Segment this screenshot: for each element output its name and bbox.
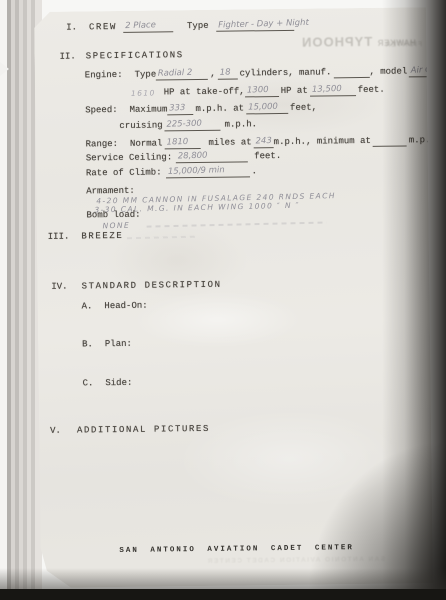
engine-comma: ,: [210, 69, 216, 80]
speed-max-handwritten: 333: [169, 103, 186, 114]
range-min-blank: [373, 134, 407, 146]
description-item-head-on: A. Head-On:: [82, 301, 148, 313]
engine-type-handwritten: Radial 2: [158, 68, 193, 80]
hp-at-label: HP at: [281, 86, 308, 97]
item-letter: C.: [82, 378, 93, 389]
speed-alt-blank: 15,000: [246, 102, 288, 115]
climb-handwritten: 15,000/9 min: [167, 165, 224, 178]
engine-label: Engine:: [85, 70, 123, 81]
horsepower-line: 1610 HP at take-off, 1300 HP at 13,500 f…: [131, 84, 385, 99]
crew-value-handwritten: 2 Place: [125, 20, 156, 32]
additional-pictures-title: ADDITIONAL PICTURES: [77, 424, 210, 437]
cruising-label: cruising: [119, 120, 162, 132]
document-page: HAWKER TYPHOON FIGHTER SAN ANTONIO AVIAT…: [34, 7, 433, 588]
crew-type-blank: Fighter - Day + Night: [217, 19, 295, 32]
hp-feet-label: feet.: [358, 85, 385, 96]
engine-type-blank: Radial 2: [156, 68, 208, 81]
climb-line: Rate of Climb: 15,000/9 min .: [86, 165, 257, 179]
ceiling-handwritten: 28,800: [178, 151, 208, 163]
ceiling-blank: 28,800: [176, 150, 248, 163]
description-item-side: C. Side:: [82, 378, 132, 390]
engine-manuf-blank: [333, 66, 369, 78]
engine-type-label: Type: [135, 70, 157, 81]
rated-hp-handwritten: 1300: [247, 85, 269, 97]
range-label: Range:: [86, 139, 119, 150]
bleedthrough-model-text: TYPHOON: [301, 34, 372, 50]
climb-blank: 15,000/9 min: [166, 165, 250, 178]
ceiling-label: Service Ceiling:: [86, 152, 173, 164]
item-label: Head-On:: [104, 301, 147, 313]
item-label: Side:: [105, 378, 132, 389]
specifications-title: SPECIFICATIONS: [86, 50, 184, 62]
specifications-numeral: II.: [59, 51, 75, 62]
range-speed-blank: 243: [254, 136, 274, 148]
range-line: Range: Normal 1810 miles at 243 m.p.h., …: [86, 134, 433, 150]
footer-stamp: SAN ANTONIO AVIATION CADET CENTER: [41, 543, 433, 556]
specifications-heading: II. SPECIFICATIONS: [59, 50, 183, 63]
cruising-mph-label: m.p.h.: [225, 119, 258, 130]
description-item-plan: B. Plan:: [82, 339, 132, 351]
engine-cylinders-handwritten: 18: [219, 68, 230, 79]
standard-description-title: STANDARD DESCRIPTION: [81, 280, 221, 293]
speed-max-blank: 333: [167, 103, 193, 115]
bomb-load-handwritten: NONE: [103, 221, 131, 231]
hp-altitude-handwritten: 13,500: [312, 84, 342, 96]
climb-label: Rate of Climb:: [86, 167, 162, 179]
speed-feet-label: feet,: [290, 103, 317, 114]
engine-model-label: , model: [369, 66, 407, 77]
item-letter: A.: [82, 301, 93, 312]
breeze-numeral: III.: [48, 232, 70, 243]
speed-alt-handwritten: 15,000: [248, 102, 278, 114]
range-normal-label: Normal: [130, 138, 163, 149]
item-letter: B.: [82, 339, 93, 350]
cruising-blank: 225-300: [165, 119, 221, 132]
standard-description-heading: IV. STANDARD DESCRIPTION: [51, 280, 221, 293]
cruising-line: cruising 225-300 m.p.h.: [119, 118, 257, 132]
speed-max-label: Maximum: [130, 104, 168, 115]
takeoff-hp-handwritten: 1610: [131, 87, 156, 99]
scan-bottom-edge: [0, 589, 446, 600]
crew-value-blank: 2 Place: [123, 20, 173, 33]
range-miles-at-label: miles at: [208, 137, 251, 149]
speed-mph-at-label: m.p.h. at: [195, 103, 244, 115]
range-normal-handwritten: 1810: [166, 137, 188, 149]
breeze-title: BREEZE: [81, 231, 123, 243]
takeoff-hp-label: HP at take-off,: [164, 86, 245, 98]
crew-type-value-handwritten: Fighter - Day + Night: [218, 18, 309, 32]
ceiling-feet-label: feet.: [254, 151, 281, 162]
item-label: Plan:: [105, 339, 132, 350]
engine-line: Engine: Type Radial 2 , 18 cylinders, ma…: [85, 65, 433, 82]
range-speed-handwritten: 243: [255, 136, 272, 147]
rated-hp-blank: 1300: [245, 85, 279, 97]
range-mph-label: m.p.h.: [409, 135, 433, 146]
range-min-label: m.p.h., minimum at: [274, 136, 371, 148]
bleedthrough-footer-text: SAN ANTONIO AVIATION CADET CENTER: [189, 556, 403, 566]
crew-numeral: I.: [66, 22, 77, 33]
engine-cylinders-label: cylinders, manuf.: [240, 67, 332, 79]
speed-label: Speed:: [85, 105, 118, 116]
breeze-heading: III. BREEZE: [48, 231, 124, 243]
standard-description-numeral: IV.: [51, 282, 67, 293]
engine-cylinders-blank: 18: [218, 68, 238, 80]
bomb-load-label: Bomb load:: [86, 210, 140, 222]
range-normal-blank: 1810: [164, 137, 200, 149]
cruising-handwritten: 225-300: [166, 119, 202, 131]
engine-model-blank: Air Cooled: [409, 65, 433, 78]
climb-period: .: [252, 166, 258, 177]
additional-pictures-heading: V. ADDITIONAL PICTURES: [50, 424, 210, 437]
hp-altitude-blank: 13,500: [310, 84, 356, 97]
bomb-load-label-line: Bomb load:: [86, 210, 140, 222]
additional-pictures-numeral: V.: [50, 426, 61, 437]
crew-type-label: Type: [187, 21, 209, 32]
crew-label: CREW: [89, 22, 117, 33]
crew-line: I. CREW 2 Place Type Fighter - Day + Nig…: [66, 19, 295, 34]
ceiling-line: Service Ceiling: 28,800 feet.: [86, 150, 282, 164]
faint-pencil-scribble: [147, 221, 327, 227]
engine-model-handwritten: Air Cooled: [411, 64, 433, 76]
speed-line: Speed: Maximum 333 m.p.h. at 15,000 feet…: [85, 102, 317, 117]
page-edge-notch: [0, 62, 9, 76]
faint-pencil-scribble: [127, 236, 197, 240]
bleedthrough-side-text: FIGHTER: [384, 41, 422, 48]
